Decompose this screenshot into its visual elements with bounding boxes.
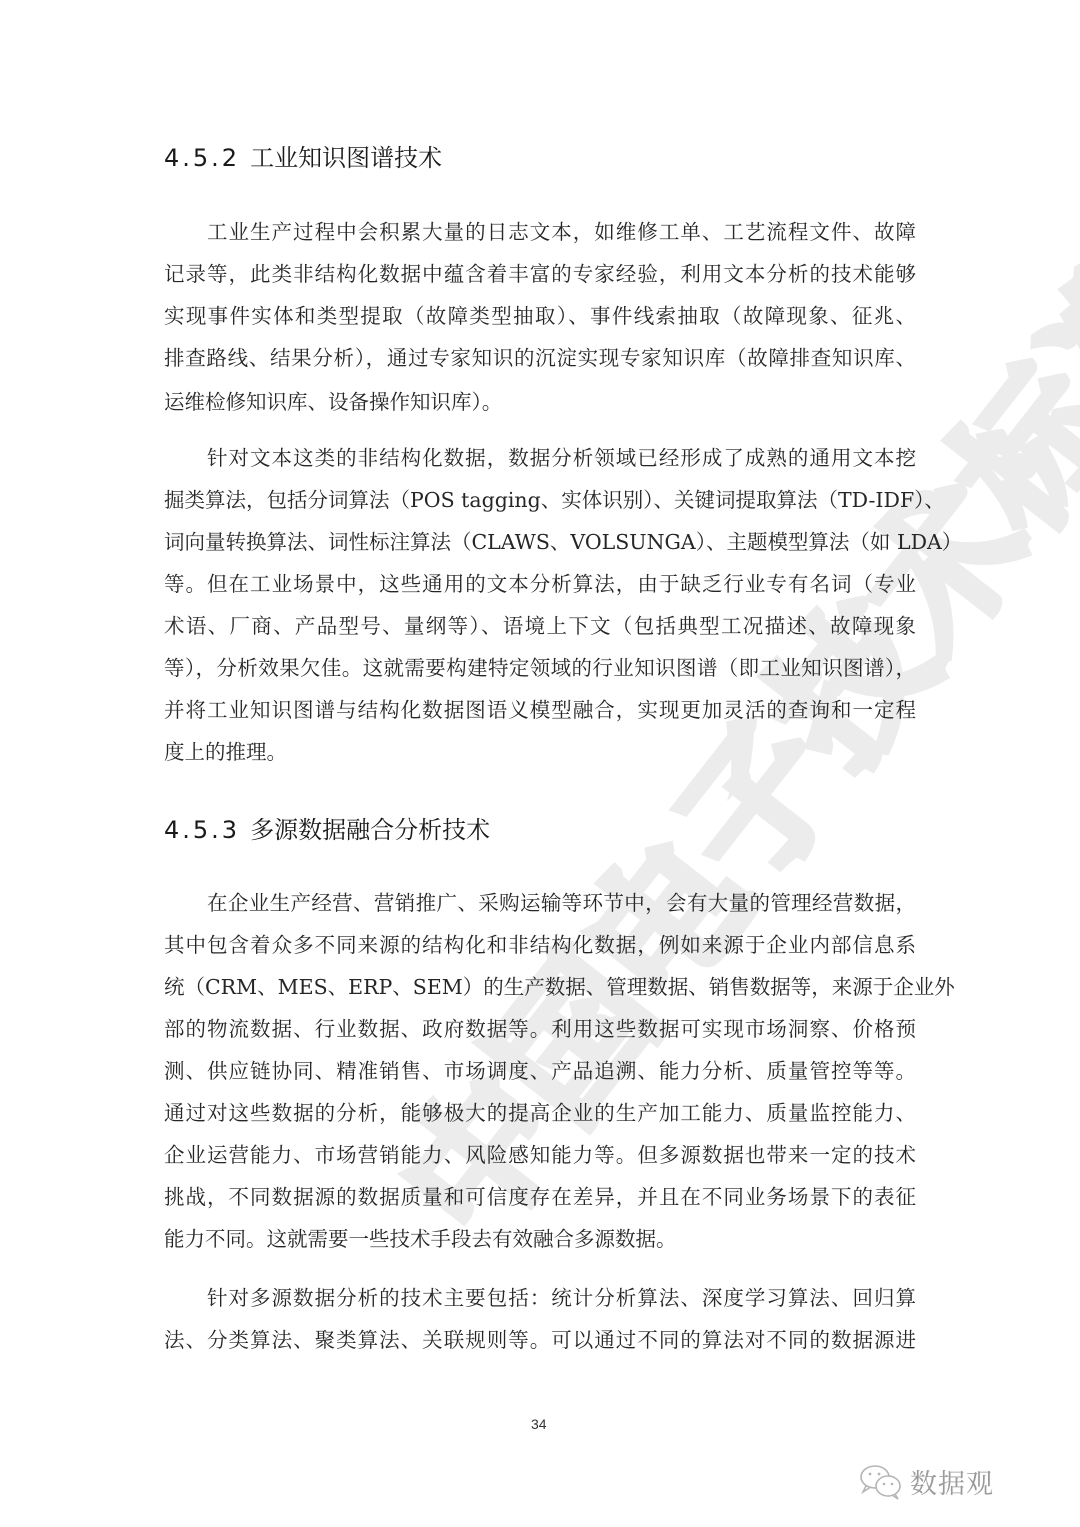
text-line: 挑战，不同数据源的数据质量和可信度存在差异，并且在不同业务场景下的表征 bbox=[164, 1183, 916, 1211]
section-heading-4-5-2: 4.5.2工业知识图谱技术 bbox=[164, 143, 442, 173]
text-line: 部的物流数据、行业数据、政府数据等。利用这些数据可实现市场洞察、价格预 bbox=[164, 1015, 916, 1043]
section-title: 工业知识图谱技术 bbox=[250, 144, 442, 172]
text-line: 术语、厂商、产品型号、量纲等）、语境上下文（包括典型工况描述、故障现象 bbox=[164, 612, 916, 640]
text-line: 等），分析效果欠佳。这就需要构建特定领域的行业知识图谱（即工业知识图谱）， bbox=[164, 654, 916, 682]
text-line: 其中包含着众多不同来源的结构化和非结构化数据，例如来源于企业内部信息系 bbox=[164, 931, 916, 959]
text-line: 运维检修知识库、设备操作知识库）。 bbox=[164, 388, 916, 416]
brand-name: 数据观 bbox=[910, 1462, 994, 1501]
text-line: 企业运营能力、市场营销能力、风险感知能力等。但多源数据也带来一定的技术 bbox=[164, 1141, 916, 1169]
text-line: 针对文本这类的非结构化数据，数据分析领域已经形成了成熟的通用文本挖 bbox=[207, 444, 916, 472]
section-heading-4-5-3: 4.5.3多源数据融合分析技术 bbox=[164, 815, 490, 845]
text-line: 实现事件实体和类型提取（故障类型抽取）、事件线索抽取（故障现象、征兆、 bbox=[164, 302, 916, 330]
text-line: 测、供应链协同、精准销售、市场调度、产品追溯、能力分析、质量管控等等。 bbox=[164, 1057, 916, 1085]
page-number: 34 bbox=[531, 1416, 547, 1432]
text-line: 并将工业知识图谱与结构化数据图语义模型融合，实现更加灵活的查询和一定程 bbox=[164, 696, 916, 724]
wechat-icon bbox=[858, 1463, 904, 1501]
text-line: 排查路线、结果分析），通过专家知识的沉淀实现专家知识库（故障排查知识库、 bbox=[164, 344, 916, 372]
text-line: 度上的推理。 bbox=[164, 738, 916, 766]
brand-signature: 数据观 bbox=[858, 1462, 994, 1501]
section-title: 多源数据融合分析技术 bbox=[250, 816, 490, 844]
text-line: 统（CRM、MES、ERP、SEM）的生产数据、管理数据、销售数据等，来源于企业… bbox=[164, 973, 916, 1001]
text-line: 法、分类算法、聚类算法、关联规则等。可以通过不同的算法对不同的数据源进 bbox=[164, 1326, 916, 1354]
text-line: 通过对这些数据的分析，能够极大的提高企业的生产加工能力、质量监控能力、 bbox=[164, 1099, 916, 1127]
text-line: 工业生产过程中会积累大量的日志文本，如维修工单、工艺流程文件、故障 bbox=[207, 218, 916, 246]
text-line: 词向量转换算法、词性标注算法（CLAWS、VOLSUNGA）、主题模型算法（如 … bbox=[164, 528, 916, 556]
text-line: 掘类算法，包括分词算法（POS tagging、实体识别）、关键词提取算法（TD… bbox=[164, 486, 916, 514]
section-number: 4.5.2 bbox=[164, 144, 240, 172]
section-number: 4.5.3 bbox=[164, 816, 240, 844]
document-page: 中国电子技术标准化研究院 4.5.2工业知识图谱技术 工业生产过程中会积累大量的… bbox=[0, 0, 1080, 1527]
text-line: 记录等，此类非结构化数据中蕴含着丰富的专家经验，利用文本分析的技术能够 bbox=[164, 260, 916, 288]
text-line: 针对多源数据分析的技术主要包括：统计分析算法、深度学习算法、回归算 bbox=[207, 1284, 916, 1312]
text-line: 等。但在工业场景中，这些通用的文本分析算法，由于缺乏行业专有名词（专业 bbox=[164, 570, 916, 598]
text-line: 在企业生产经营、营销推广、采购运输等环节中，会有大量的管理经营数据， bbox=[207, 889, 916, 917]
text-line: 能力不同。这就需要一些技术手段去有效融合多源数据。 bbox=[164, 1225, 916, 1253]
